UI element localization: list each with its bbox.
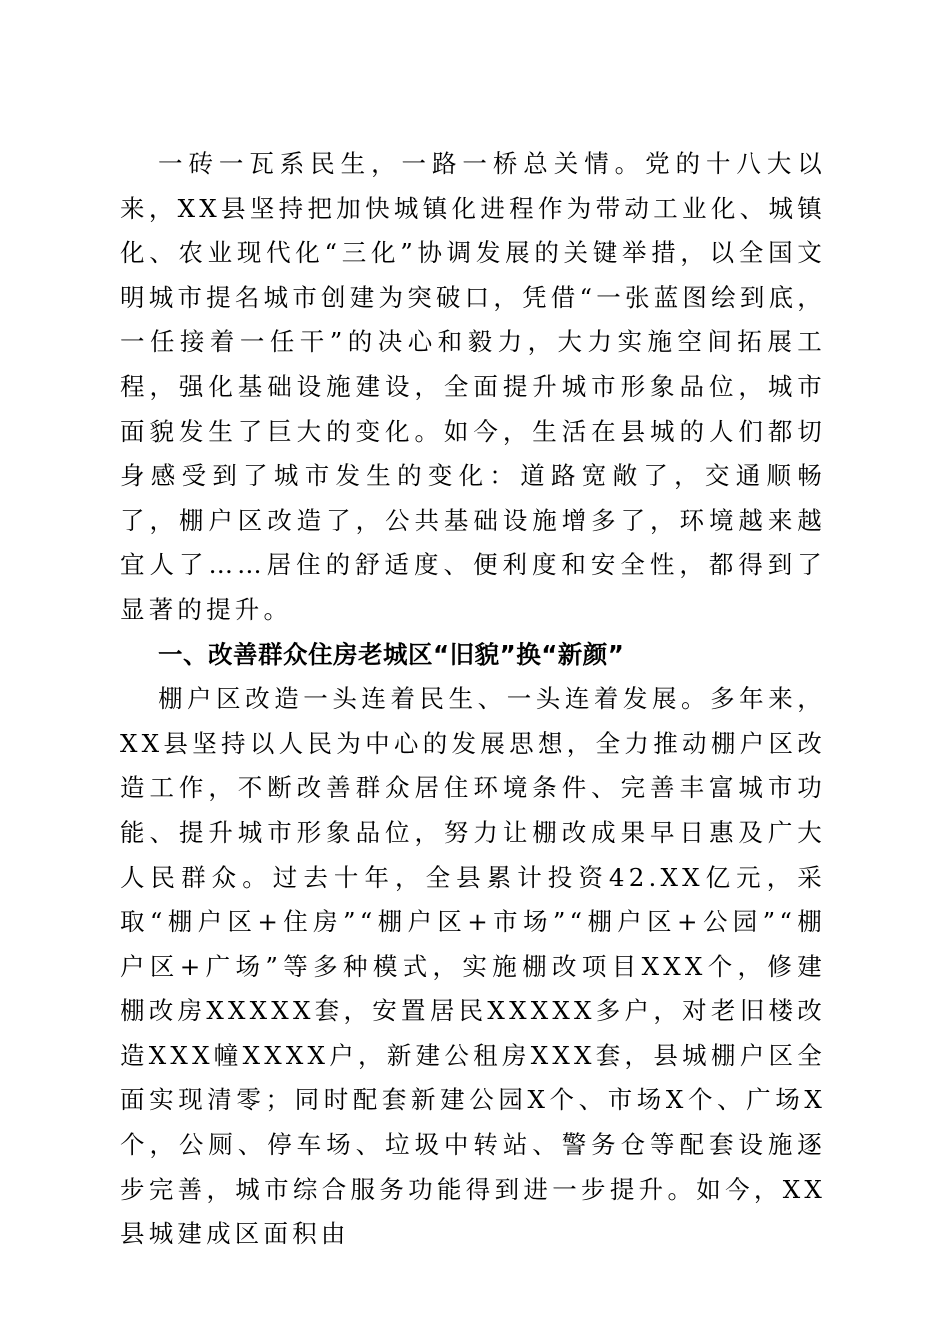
section-heading: 一、改善群众住房老城区“旧貌”换“新颜” [120,633,826,678]
section-paragraph: 棚户区改造一头连着民生、一头连着发展。多年来，XX县坚持以人民为中心的发展思想，… [120,677,826,1257]
intro-paragraph: 一砖一瓦系民生，一路一桥总关情。党的十八大以来，XX县坚持把加快城镇化进程作为带… [120,142,826,633]
document-page: 一砖一瓦系民生，一路一桥总关情。党的十八大以来，XX县坚持把加快城镇化进程作为带… [120,142,826,1257]
